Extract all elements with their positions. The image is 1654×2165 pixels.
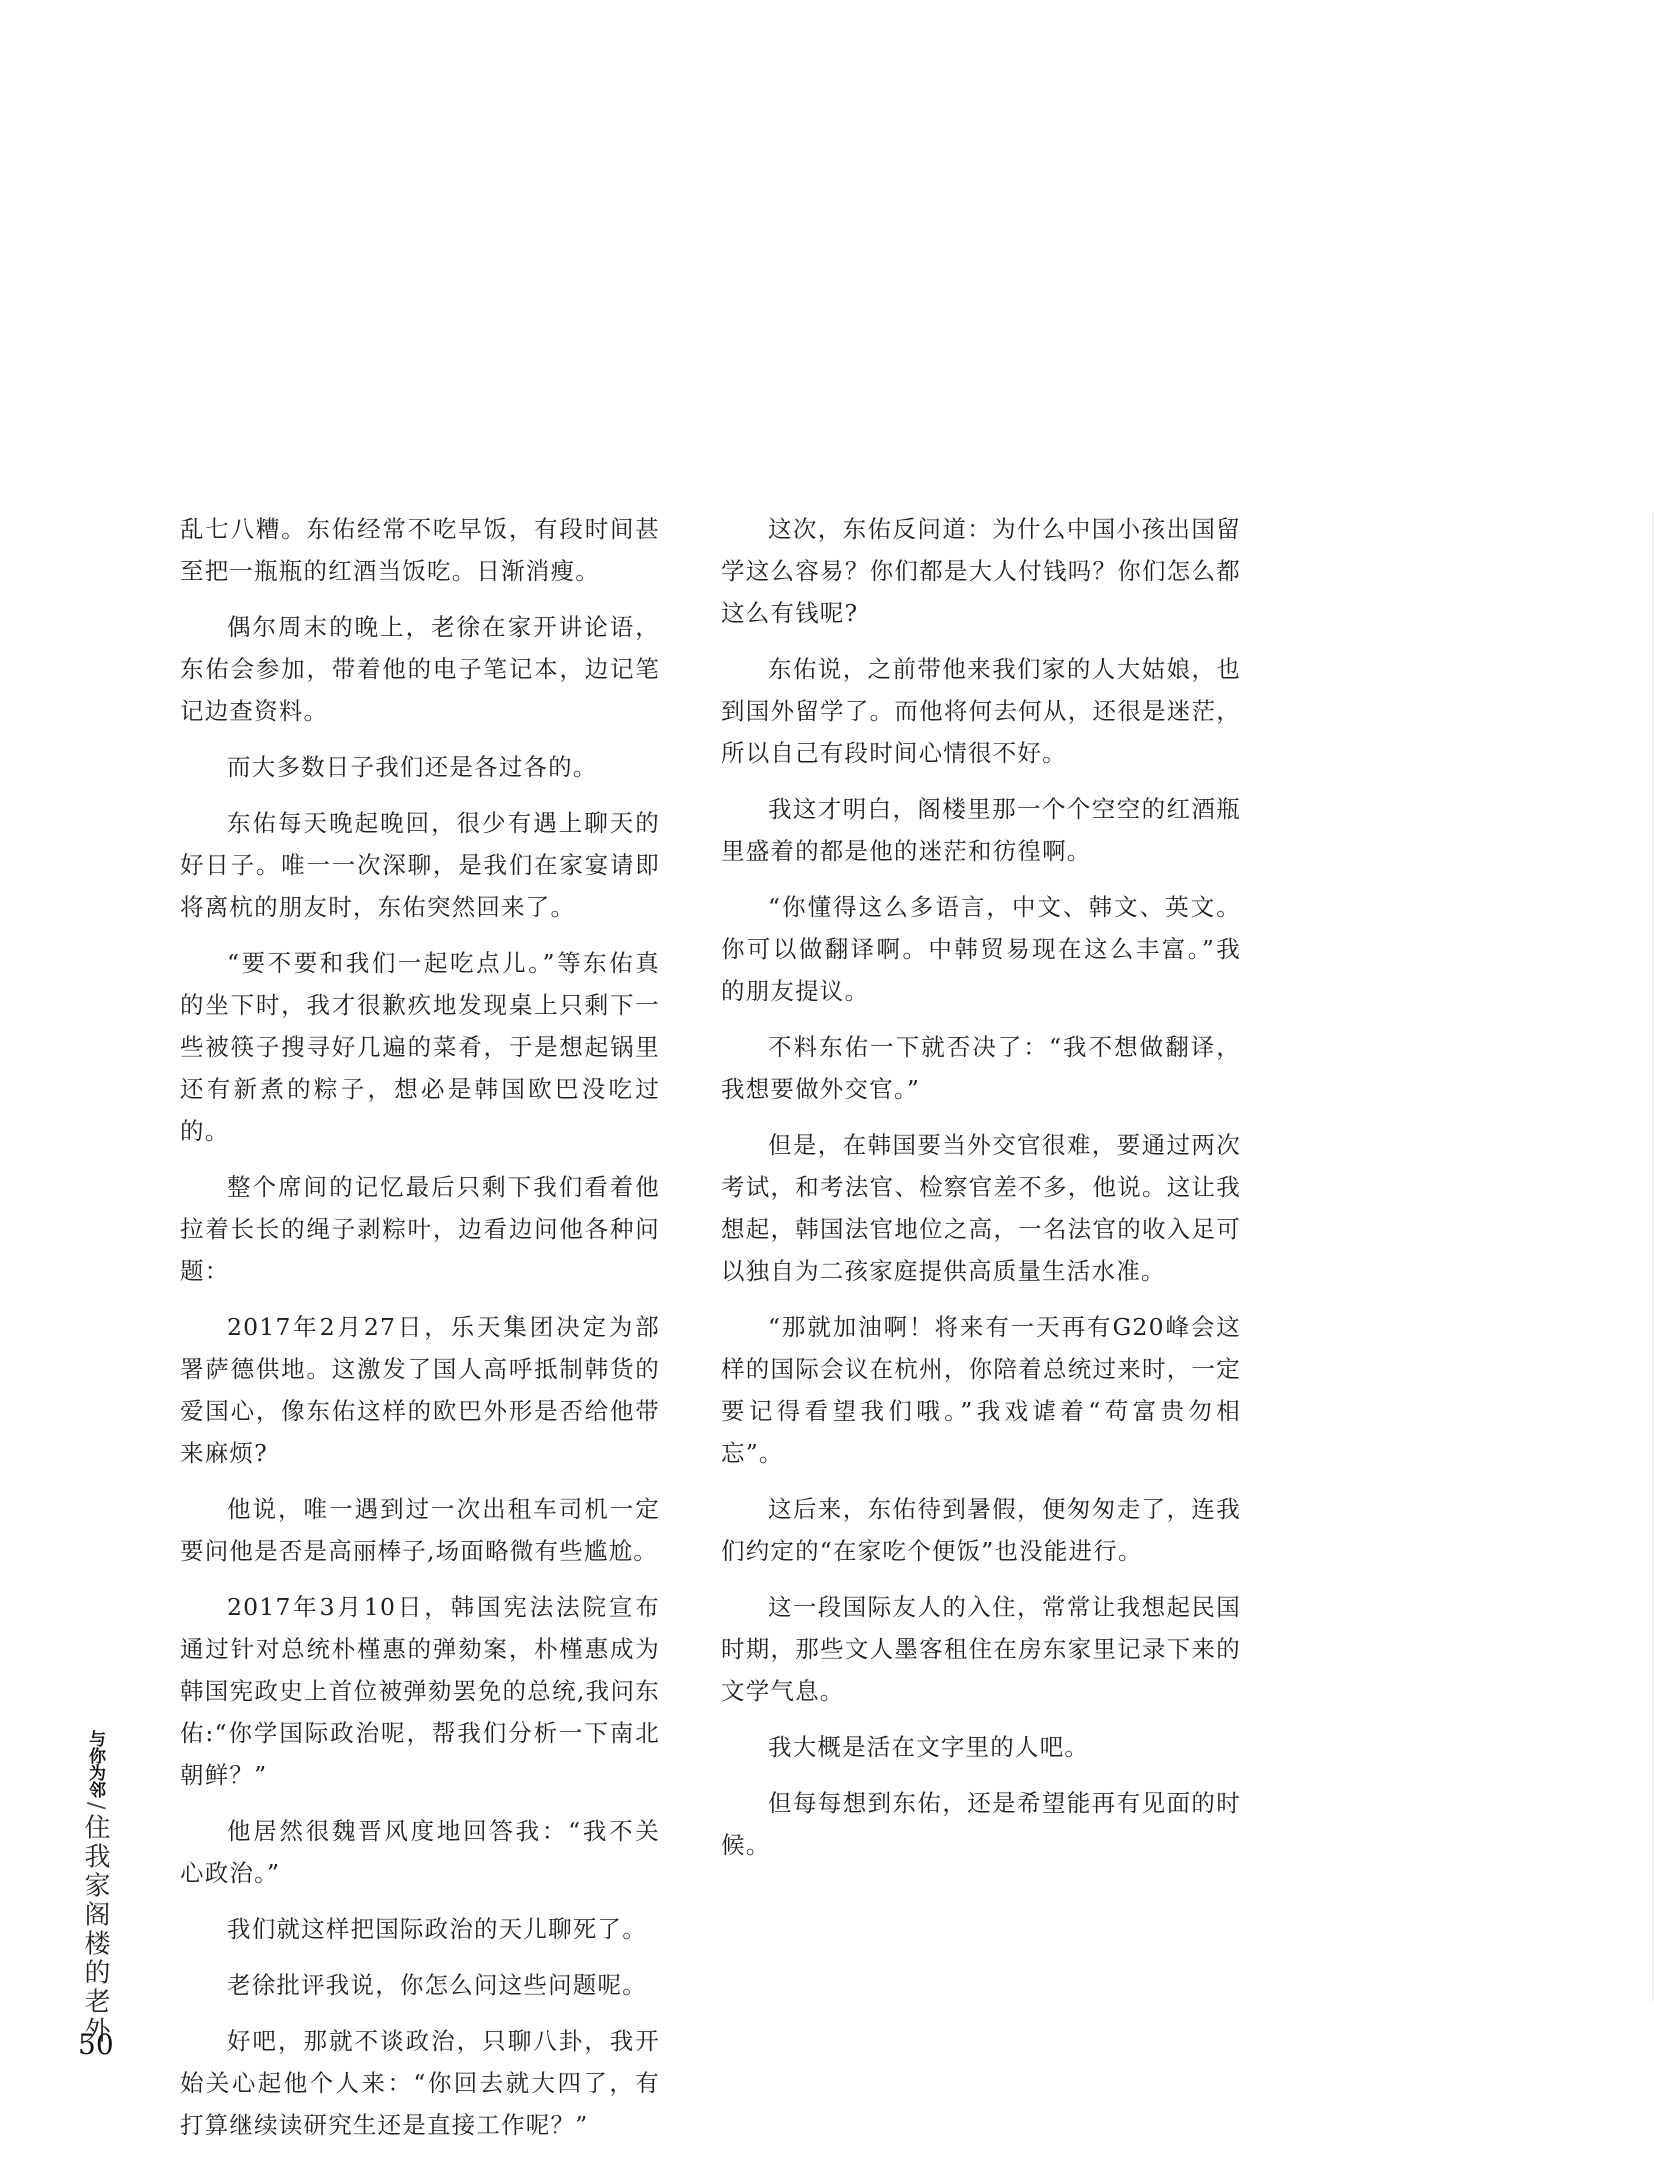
paragraph: “要不要和我们一起吃点儿。”等东佑真的坐下时，我才很歉疚地发现桌上只剩下一些被筷…	[180, 942, 660, 1152]
paragraph: 他说，唯一遇到过一次出租车司机一定要问他是否是高丽棒子,场面略微有些尴尬。	[180, 1488, 660, 1572]
paragraph: 我这才明白，阁楼里那一个个空空的红酒瓶里盛着的都是他的迷茫和彷徨啊。	[721, 788, 1241, 872]
magazine-page: 乱七八糟。东佑经常不吃早饭，有段时间甚至把一瓶瓶的红酒当饭吃。日渐消瘦。 偶尔周…	[0, 0, 1654, 2165]
running-header: 与你为邻/住我家阁楼的老外	[74, 1730, 114, 2045]
paragraph: 这后来，东佑待到暑假，便匆匆走了，连我们约定的“在家吃个便饭”也没能进行。	[721, 1488, 1241, 1572]
page-edge-rule	[1652, 512, 1653, 2002]
paragraph: 但每每想到东佑，还是希望能再有见面的时候。	[721, 1782, 1241, 1866]
section-name: 与你为邻	[85, 1730, 105, 1798]
paragraph: 整个席间的记忆最后只剩下我们看着他拉着长长的绳子剥粽叶，边看边问他各种问题：	[180, 1166, 660, 1292]
paragraph: 这次，东佑反问道：为什么中国小孩出国留学这么容易？你们都是大人付钱吗？你们怎么都…	[721, 508, 1241, 634]
paragraph: 2017年3月10日，韩国宪法法院宣布通过针对总统朴槿惠的弹劾案，朴槿惠成为韩国…	[180, 1586, 660, 1796]
paragraph: 东佑说，之前带他来我们家的人大姑娘，也到国外留学了。而他将何去何从，还很是迷茫，…	[721, 648, 1241, 774]
paragraph: 而大多数日子我们还是各过各的。	[180, 746, 660, 788]
paragraph: “你懂得这么多语言，中文、韩文、英文。你可以做翻译啊。中韩贸易现在这么丰富。”我…	[721, 886, 1241, 1012]
paragraph: 乱七八糟。东佑经常不吃早饭，有段时间甚至把一瓶瓶的红酒当饭吃。日渐消瘦。	[180, 508, 660, 592]
paragraph: 东佑每天晚起晚回，很少有遇上聊天的好日子。唯一一次深聊，是我们在家宴请即将离杭的…	[180, 802, 660, 928]
paragraph: 但是，在韩国要当外交官很难，要通过两次考试，和考法官、检察官差不多，他说。这让我…	[721, 1124, 1241, 1292]
separator-slash: /	[83, 1802, 108, 1809]
article-title: 住我家阁楼的老外	[80, 1813, 110, 2045]
paragraph: 偶尔周末的晚上，老徐在家开讲论语，东佑会参加，带着他的电子笔记本，边记笔记边查资…	[180, 606, 660, 732]
paragraph: 我大概是活在文字里的人吧。	[721, 1726, 1241, 1768]
paragraph: 这一段国际友人的入住，常常让我想起民国时期，那些文人墨客租住在房东家里记录下来的…	[721, 1586, 1241, 1712]
left-text-column: 乱七八糟。东佑经常不吃早饭，有段时间甚至把一瓶瓶的红酒当饭吃。日渐消瘦。 偶尔周…	[180, 508, 660, 2160]
page-number: 50	[78, 2028, 114, 2061]
right-text-column: 这次，东佑反问道：为什么中国小孩出国留学这么容易？你们都是大人付钱吗？你们怎么都…	[721, 508, 1241, 1880]
paragraph: 他居然很魏晋风度地回答我：“我不关心政治。”	[180, 1810, 660, 1894]
paragraph: 老徐批评我说，你怎么问这些问题呢。	[180, 1964, 660, 2006]
paragraph: 2017年2月27日，乐天集团决定为部署萨德供地。这激发了国人高呼抵制韩货的爱国…	[180, 1306, 660, 1474]
paragraph: 我们就这样把国际政治的天儿聊死了。	[180, 1908, 660, 1950]
paragraph: “那就加油啊！将来有一天再有G20峰会这样的国际会议在杭州，你陪着总统过来时，一…	[721, 1306, 1241, 1474]
paragraph: 不料东佑一下就否决了：“我不想做翻译，我想要做外交官。”	[721, 1026, 1241, 1110]
paragraph: 好吧，那就不谈政治，只聊八卦，我开始关心起他个人来：“你回去就大四了，有打算继续…	[180, 2020, 660, 2146]
